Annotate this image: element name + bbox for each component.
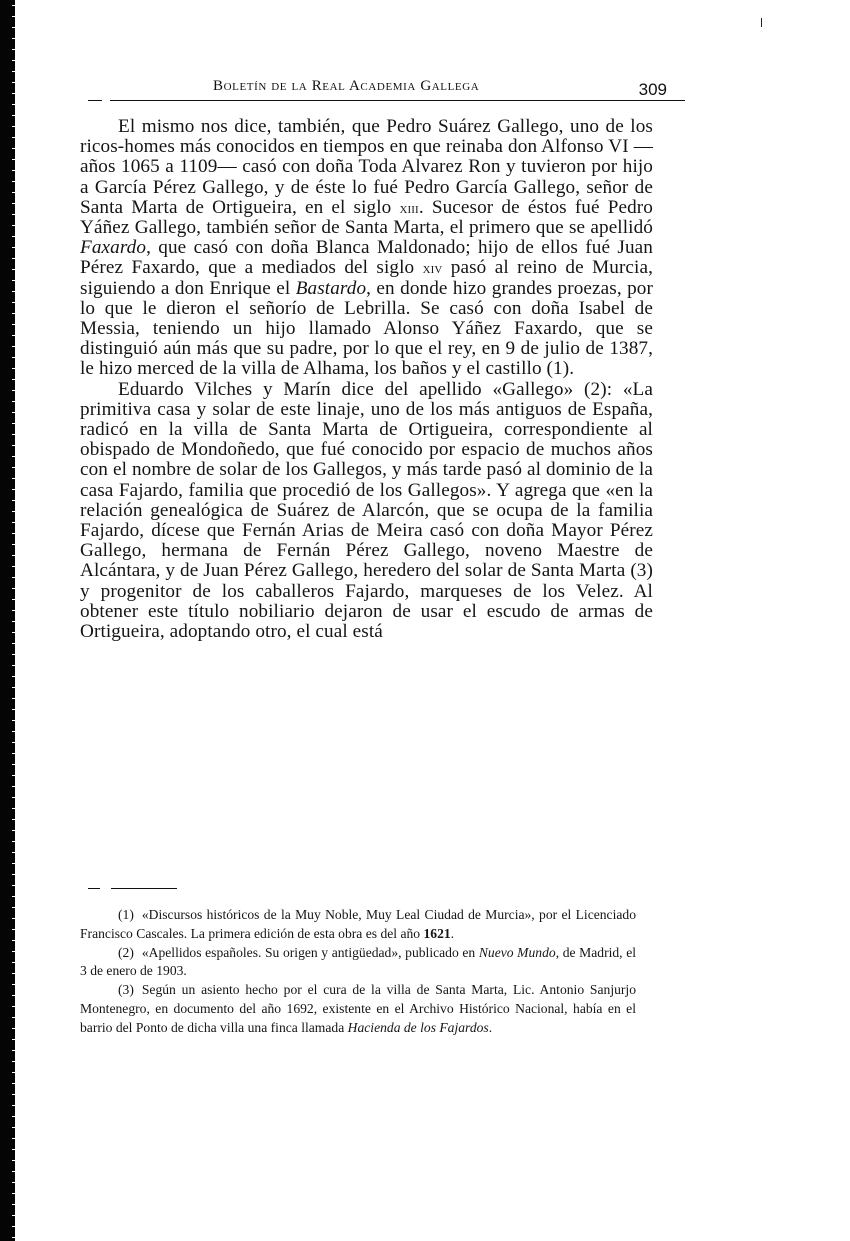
text-run: Eduardo Vilches y Marín dice del apellid… — [80, 379, 653, 642]
header-rule-short — [88, 100, 102, 101]
footnote-number: (1) — [118, 907, 134, 922]
footnote-rule — [111, 888, 177, 889]
running-head: Boletín de la Real Academia Gallega 309 — [80, 78, 685, 100]
paragraph-2: Eduardo Vilches y Marín dice del apellid… — [80, 380, 653, 643]
journal-title: Boletín de la Real Academia Gallega — [213, 78, 479, 95]
header-rule — [110, 100, 685, 101]
footnote-number: (2) — [118, 945, 134, 960]
footnote-2: (2)«Apellidos españoles. Su origen y ant… — [80, 944, 636, 982]
paragraph-1: El mismo nos dice, también, que Pedro Su… — [80, 117, 653, 380]
footnote-number: (3) — [118, 982, 134, 997]
footnote-1: (1)«Discursos históricos de la Muy Noble… — [80, 906, 636, 944]
footnote-italic-title: Nuevo Mundo — [479, 945, 556, 960]
footnote-year: 1621 — [423, 926, 450, 941]
roman-numeral-century: xiv — [423, 258, 443, 277]
scan-border — [0, 0, 15, 1241]
body-text: El mismo nos dice, también, que Pedro Su… — [80, 117, 653, 642]
italic-surname: Faxardo — [80, 237, 146, 258]
footnote-3: (3)Según un asiento hecho por el cura de… — [80, 981, 636, 1037]
footnote-rule-short — [88, 888, 100, 889]
footnote-text: «Apellidos españoles. Su origen y antigü… — [142, 945, 479, 960]
footnotes: (1)«Discursos históricos de la Muy Noble… — [80, 906, 636, 1038]
roman-numeral-century: xiii — [399, 198, 418, 217]
footnote-text: . — [451, 926, 454, 941]
footnote-text: . — [489, 1020, 492, 1035]
footnote-text: «Discursos históricos de la Muy Noble, M… — [80, 907, 636, 941]
page-number: 309 — [639, 80, 667, 100]
italic-epithet: Bastardo — [296, 278, 366, 299]
footnote-italic-place: Hacienda de los Fajardos — [348, 1020, 489, 1035]
scan-artifact-mark — [761, 18, 762, 27]
